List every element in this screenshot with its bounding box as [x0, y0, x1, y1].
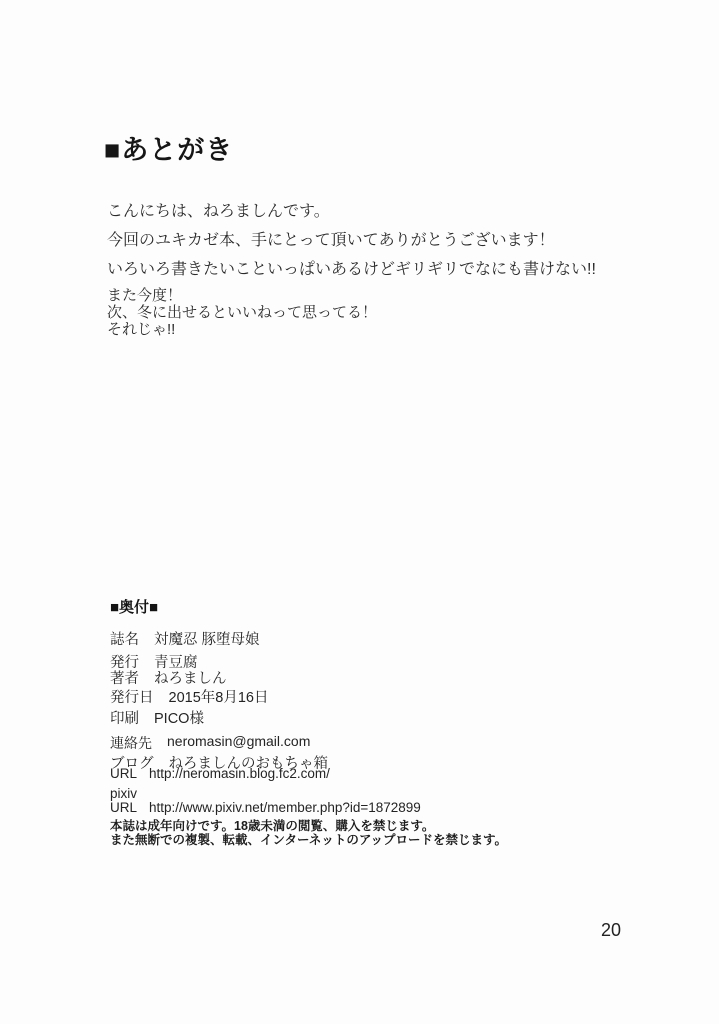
afterword-intro-line: 今回のユキカゼ本、手にとって頂いてありがとうございます！ [107, 226, 596, 255]
colophon-blog-url: http://neromasin.blog.fc2.com/ [149, 766, 330, 781]
afterword-closing-line: また今度！ [107, 287, 377, 304]
colophon-contact-email: neromasin@gmail.com [167, 733, 310, 753]
colophon-pixiv-url: http://www.pixiv.net/member.php?id=18728… [149, 800, 421, 815]
colophon-printer-label: 印刷 [110, 707, 139, 728]
colophon-contact-row: 連絡先 neromasin@gmail.com [110, 733, 310, 753]
colophon-contact-label: 連絡先 [110, 733, 152, 753]
colophon-pixiv-row: pixiv [110, 786, 137, 801]
page-number: 20 [601, 920, 621, 941]
colophon-author-label: 著者 [110, 667, 139, 688]
colophon-pixiv-url-label: URL [110, 800, 137, 815]
colophon-blog-url-row: URL http://neromasin.blog.fc2.com/ [110, 766, 330, 781]
colophon-title-value: 対魔忍 豚堕母娘 [154, 628, 260, 649]
colophon-printer-value: PICO様 [154, 707, 204, 728]
colophon-pixiv-label: pixiv [110, 786, 137, 801]
afterword-closing-paragraph: また今度！ 次、冬に出せるといいねって思ってる！ それじゃ!! [107, 287, 377, 338]
scanned-doujinshi-afterword-page: ■あとがき こんにちは、ねろましんです。 今回のユキカゼ本、手にとって頂いてあり… [0, 0, 719, 1024]
disclaimer-line: 本誌は成年向けです。18歳未満の閲覧、購入を禁じます。 [110, 819, 507, 833]
colophon-date-label: 発行日 [110, 686, 154, 707]
colophon-title-row: 誌名 対魔忍 豚堕母娘 [110, 628, 260, 649]
colophon-printer-row: 印刷 PICO様 [110, 707, 204, 728]
colophon-date-value: 2015年8月16日 [169, 686, 269, 707]
colophon-author-value: ねろましん [154, 667, 227, 688]
afterword-closing-line: 次、冬に出せるといいねって思ってる！ [107, 304, 377, 321]
colophon-pixiv-url-row: URL http://www.pixiv.net/member.php?id=1… [110, 800, 421, 815]
afterword-heading: ■あとがき [104, 128, 233, 167]
colophon-blog-url-label: URL [110, 766, 137, 781]
afterword-intro-paragraph: こんにちは、ねろましんです。 今回のユキカゼ本、手にとって頂いてありがとうござい… [107, 197, 596, 284]
disclaimer-line: また無断での複製、転載、インターネットのアップロードを禁じます。 [110, 833, 507, 847]
afterword-intro-line: こんにちは、ねろましんです。 [107, 197, 596, 226]
colophon-date-row: 発行日 2015年8月16日 [110, 686, 268, 707]
colophon-heading: ■奥付■ [110, 596, 158, 617]
afterword-intro-line: いろいろ書きたいこといっぱいあるけどギリギリでなにも書けない!! [107, 255, 596, 284]
colophon-title-label: 誌名 [110, 628, 139, 649]
adult-content-disclaimer: 本誌は成年向けです。18歳未満の閲覧、購入を禁じます。 また無断での複製、転載、… [110, 819, 507, 847]
colophon-author-row: 著者 ねろましん [110, 667, 227, 688]
afterword-closing-line: それじゃ!! [107, 321, 377, 338]
